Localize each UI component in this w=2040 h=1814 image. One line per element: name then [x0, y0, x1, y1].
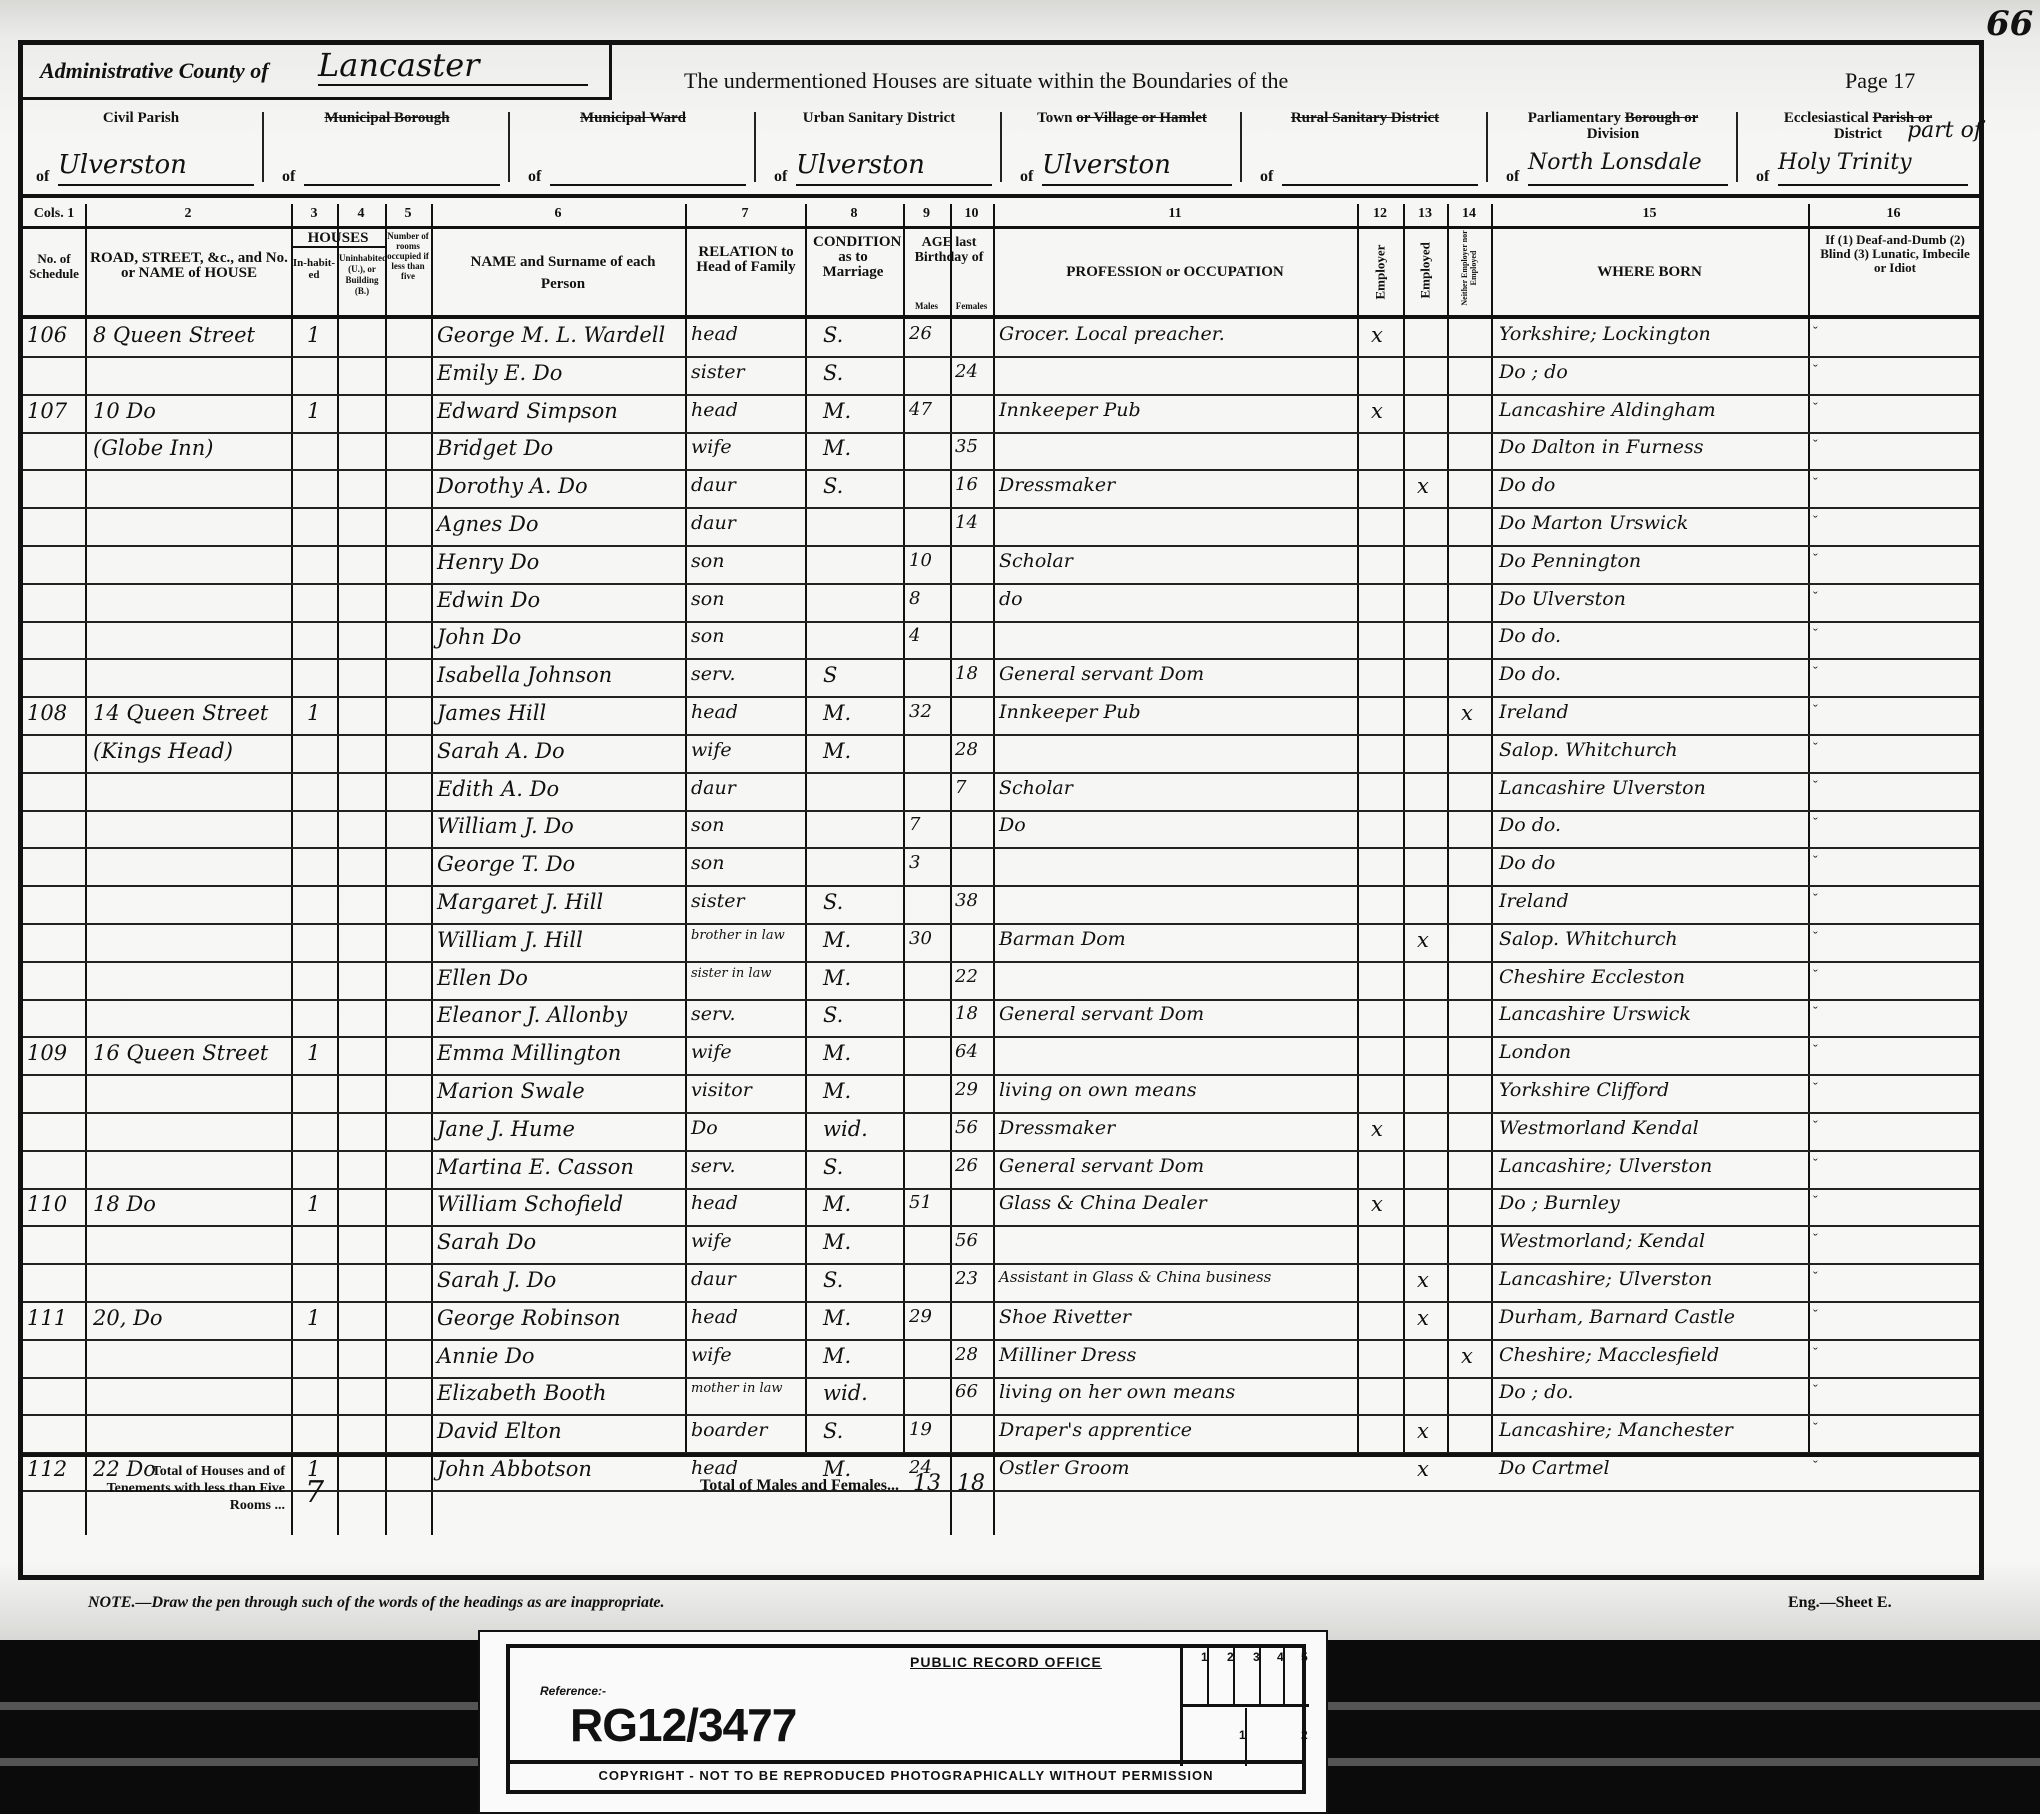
district-label: Parliamentary Borough orDivision: [1488, 110, 1738, 142]
sheet-label: Eng.—Sheet E.: [1788, 1594, 1892, 1612]
relation-cell: sister: [691, 361, 745, 383]
condition-cell: M.: [823, 928, 851, 952]
relation-cell: daur: [691, 474, 736, 496]
check-mark-icon: ˇ: [1813, 1081, 1818, 1097]
name-cell: William J. Hill: [437, 928, 583, 952]
name-cell: Edwin Do: [437, 588, 540, 612]
of-label: of: [1506, 168, 1519, 186]
check-mark-icon: ˇ: [1813, 665, 1818, 681]
name-cell: William Schofield: [437, 1192, 623, 1216]
col-number: 11: [993, 206, 1357, 222]
birthplace-cell: Salop. Whitchurch: [1499, 928, 1678, 950]
occupation-cell: living on her own means: [999, 1381, 1235, 1403]
name-cell: Martina E. Casson: [437, 1155, 634, 1179]
houses-total-label: Total of Houses and of Tenements with le…: [89, 1463, 285, 1514]
district-value: [304, 150, 500, 186]
relation-cell: son: [691, 588, 724, 610]
col-number: 8: [805, 206, 903, 222]
check-mark-icon: ˇ: [1813, 930, 1818, 946]
of-label: of: [36, 168, 49, 186]
occupation-cell: Barman Dom: [999, 928, 1126, 950]
relation-cell: wife: [691, 739, 732, 761]
occupation-cell: General servant Dom: [999, 1155, 1204, 1177]
birthplace-cell: Westmorland Kendal: [1499, 1117, 1699, 1139]
birthplace-cell: Lancashire; Ulverston: [1499, 1268, 1712, 1290]
col-number: 7: [685, 206, 805, 222]
occupation-cell: do: [999, 588, 1023, 610]
condition-cell: S.: [823, 361, 843, 385]
check-mark-icon: ˇ: [1813, 1157, 1818, 1173]
table-row: Edwin Doson8doDo Ulverstonˇ: [23, 584, 1979, 623]
check-mark-icon: ˇ: [1813, 1421, 1818, 1437]
district-value: [1282, 150, 1478, 186]
inhabited-cell: 1: [307, 1306, 320, 1330]
condition-cell: S.: [823, 1155, 843, 1179]
table-row: Martina E. Cassonserv.S.26General servan…: [23, 1151, 1979, 1190]
occupation-cell: Innkeeper Pub: [999, 399, 1141, 421]
table-row: Isabella Johnsonserv.S18General servant …: [23, 659, 1979, 698]
header-employed: Employed: [1418, 255, 1433, 299]
table-row: Ellen Dosister in lawM.22Cheshire Eccles…: [23, 962, 1979, 1001]
occupation-cell: living on own means: [999, 1079, 1197, 1101]
ruler-number: 2: [1301, 1728, 1308, 1742]
district-rural-sanitary: Rural Sanitary District of: [1242, 98, 1488, 194]
road-cell: (Globe Inn): [93, 436, 213, 460]
of-label: of: [1756, 168, 1769, 186]
name-cell: Sarah J. Do: [437, 1268, 556, 1292]
schedule-cell: 111: [27, 1306, 67, 1330]
header-rooms: Number of rooms occupied if less than fi…: [385, 231, 431, 281]
birthplace-cell: Do ; do.: [1499, 1381, 1573, 1403]
occupation-cell: Milliner Dress: [999, 1344, 1136, 1366]
relation-cell: serv.: [691, 663, 736, 685]
check-mark-icon: ˇ: [1813, 325, 1818, 341]
table-row: 10710 Do1Edward SimpsonheadM.47Innkeeper…: [23, 395, 1979, 434]
schedule-cell: 106: [27, 323, 67, 347]
header-age: AGE last Birthday of: [907, 235, 991, 265]
of-label: of: [1260, 168, 1273, 186]
birthplace-cell: Lancashire Aldingham: [1499, 399, 1716, 421]
table-row: William J. Hillbrother in lawM.30Barman …: [23, 924, 1979, 963]
relation-cell: daur: [691, 512, 736, 534]
male-age-cell: 30: [909, 928, 932, 949]
employer-cell: x: [1371, 323, 1383, 347]
employed-cell: x: [1417, 928, 1429, 952]
relation-cell: head: [691, 323, 738, 345]
male-age-cell: 26: [909, 323, 932, 344]
relation-cell: head: [691, 1192, 738, 1214]
condition-cell: S.: [823, 890, 843, 914]
district-municipal-borough: Municipal Borough of: [264, 98, 510, 194]
relation-cell: wife: [691, 1041, 732, 1063]
district-municipal-ward: Municipal Ward of: [510, 98, 756, 194]
col-number: 10: [950, 206, 993, 222]
birthplace-cell: Do Marton Urswick: [1499, 512, 1688, 534]
name-cell: Emma Millington: [437, 1041, 621, 1065]
occupation-cell: General servant Dom: [999, 1003, 1204, 1025]
female-age-cell: 24: [955, 361, 978, 382]
district-label: Municipal Ward: [510, 110, 756, 126]
name-cell: Isabella Johnson: [437, 663, 612, 687]
district-town: Town or Village or Hamlet of Ulverston: [1002, 98, 1242, 194]
district-label: Town or Village or Hamlet: [1002, 110, 1242, 126]
inhabited-cell: 1: [307, 701, 320, 725]
male-age-cell: 29: [909, 1306, 932, 1327]
birthplace-cell: Lancashire; Manchester: [1499, 1419, 1733, 1441]
of-label: of: [774, 168, 787, 186]
name-cell: George T. Do: [437, 852, 575, 876]
district-parliamentary: Parliamentary Borough orDivision of Nort…: [1488, 98, 1738, 194]
col-number: Cols. 1: [23, 206, 85, 222]
female-age-cell: 66: [955, 1381, 978, 1402]
condition-cell: M.: [823, 1192, 851, 1216]
header-condition: CONDITION as to Marriage: [813, 235, 893, 280]
birthplace-cell: Do do.: [1499, 625, 1561, 647]
condition-cell: S.: [823, 1419, 843, 1443]
condition-cell: M.: [823, 399, 851, 423]
header-neither: Neither Employer nor Employed: [1460, 230, 1478, 306]
name-cell: Bridget Do: [437, 436, 553, 460]
col-number: 2: [85, 206, 291, 222]
relation-cell: son: [691, 852, 724, 874]
ruler-number: 5: [1301, 1650, 1308, 1664]
table-row: John Doson4Do do.ˇ: [23, 621, 1979, 660]
col-number: 9: [903, 206, 950, 222]
check-mark-icon: ˇ: [1813, 1005, 1818, 1021]
condition-cell: M.: [823, 966, 851, 990]
name-cell: Henry Do: [437, 550, 539, 574]
birthplace-cell: Ireland: [1499, 890, 1569, 912]
birthplace-cell: Do ; Burnley: [1499, 1192, 1620, 1214]
female-age-cell: 64: [955, 1041, 978, 1062]
female-age-cell: 18: [955, 663, 978, 684]
check-mark-icon: ˇ: [1813, 968, 1818, 984]
birthplace-cell: Lancashire Urswick: [1499, 1003, 1691, 1025]
relation-cell: sister in law: [691, 966, 771, 981]
district-value: North Lonsdale: [1528, 150, 1728, 186]
header-uninhabited: Uninhabited (U.), or Building (B.): [339, 253, 385, 297]
condition-cell: M.: [823, 1230, 851, 1254]
check-mark-icon: ˇ: [1813, 363, 1818, 379]
table-row: Edith A. Dodaur7ScholarLancashire Ulvers…: [23, 773, 1979, 812]
birthplace-cell: Do do: [1499, 474, 1555, 496]
schedule-cell: 108: [27, 701, 67, 725]
female-age-cell: 28: [955, 739, 978, 760]
table-row: 11120, Do1George RobinsonheadM.29Shoe Ri…: [23, 1302, 1979, 1341]
check-mark-icon: ˇ: [1813, 1194, 1818, 1210]
relation-cell: wife: [691, 1230, 732, 1252]
neither-cell: x: [1461, 701, 1473, 725]
inhabited-cell: 1: [307, 399, 320, 423]
header-relation: RELATION to Head of Family: [689, 245, 803, 275]
condition-cell: S.: [823, 1003, 843, 1027]
birthplace-cell: Do do.: [1499, 663, 1561, 685]
check-mark-icon: ˇ: [1813, 1383, 1818, 1399]
male-age-cell: 10: [909, 550, 932, 571]
birthplace-cell: Westmorland; Kendal: [1499, 1230, 1705, 1252]
relation-cell: son: [691, 625, 724, 647]
copyright-notice: COPYRIGHT - NOT TO BE REPRODUCED PHOTOGR…: [510, 1760, 1302, 1790]
check-mark-icon: ˇ: [1813, 1119, 1818, 1135]
road-cell: 20, Do: [93, 1306, 163, 1330]
occupation-cell: Scholar: [999, 550, 1073, 572]
col-number: 13: [1403, 206, 1447, 222]
birthplace-cell: London: [1499, 1041, 1571, 1063]
name-cell: Margaret J. Hill: [437, 890, 603, 914]
table-row: Sarah J. DodaurS.23Assistant in Glass & …: [23, 1264, 1979, 1303]
road-cell: 14 Queen Street: [93, 701, 268, 725]
road-cell: 16 Queen Street: [93, 1041, 268, 1065]
female-age-cell: 56: [955, 1230, 978, 1251]
table-row: William J. Doson7DoDo do.ˇ: [23, 810, 1979, 849]
condition-cell: S: [823, 663, 837, 687]
female-age-cell: 16: [955, 474, 978, 495]
occupation-cell: Assistant in Glass & China business: [999, 1268, 1271, 1286]
employed-cell: x: [1417, 1419, 1429, 1443]
occupation-cell: Glass & China Dealer: [999, 1192, 1207, 1214]
of-label: of: [528, 168, 541, 186]
public-record-office-label: PUBLIC RECORD OFFICE: [910, 1654, 1102, 1670]
check-mark-icon: ˇ: [1813, 816, 1818, 832]
header-houses: HOUSES: [291, 231, 385, 248]
district-civil-parish: Civil Parish of Ulverston: [18, 98, 264, 194]
name-cell: George Robinson: [437, 1306, 621, 1330]
check-mark-icon: ˇ: [1813, 854, 1818, 870]
name-cell: Marion Swale: [437, 1079, 585, 1103]
relation-cell: serv.: [691, 1003, 736, 1025]
birthplace-cell: Do Pennington: [1499, 550, 1641, 572]
name-cell: Annie Do: [437, 1344, 535, 1368]
condition-cell: M.: [823, 436, 851, 460]
relation-cell: head: [691, 1306, 738, 1328]
birthplace-cell: Durham, Barnard Castle: [1499, 1306, 1735, 1328]
female-age-cell: 14: [955, 512, 978, 533]
employer-cell: x: [1371, 1192, 1383, 1216]
name-cell: William J. Do: [437, 814, 574, 838]
male-age-cell: 3: [909, 852, 920, 873]
birthplace-cell: Cheshire; Macclesfield: [1499, 1344, 1719, 1366]
birthplace-cell: Do do: [1499, 852, 1555, 874]
road-cell: 18 Do: [93, 1192, 156, 1216]
check-mark-icon: ˇ: [1813, 552, 1818, 568]
col-number: 5: [385, 206, 431, 222]
male-age-cell: 4: [909, 625, 920, 646]
occupation-cell: Dressmaker: [999, 1117, 1115, 1139]
table-row: Emily E. DosisterS.24Do ; doˇ: [23, 357, 1979, 396]
female-age-cell: 22: [955, 966, 978, 987]
col-number: 12: [1357, 206, 1403, 222]
table-row: 1068 Queen Street1George M. L. Wardellhe…: [23, 319, 1979, 358]
relation-cell: daur: [691, 1268, 736, 1290]
relation-cell: serv.: [691, 1155, 736, 1177]
schedule-cell: 107: [27, 399, 67, 423]
male-age-cell: 8: [909, 588, 920, 609]
schedule-cell: 109: [27, 1041, 67, 1065]
road-cell: 10 Do: [93, 399, 156, 423]
relation-cell: son: [691, 814, 724, 836]
folio-number: 66: [1986, 4, 2033, 44]
birthplace-cell: Yorkshire Clifford: [1499, 1079, 1669, 1101]
name-cell: John Do: [437, 625, 521, 649]
column-headers: No. of Schedule ROAD, STREET, &c., and N…: [23, 229, 1979, 319]
check-mark-icon: ˇ: [1813, 703, 1818, 719]
condition-cell: M.: [823, 1306, 851, 1330]
male-age-cell: 19: [909, 1419, 932, 1440]
females-total: 18: [957, 1471, 985, 1496]
col-number: 16: [1808, 206, 1979, 222]
female-age-cell: 56: [955, 1117, 978, 1138]
name-cell: Elizabeth Booth: [437, 1381, 607, 1405]
birthplace-cell: Lancashire Ulverston: [1499, 777, 1706, 799]
check-mark-icon: ˇ: [1813, 1270, 1818, 1286]
reference-code: RG12/3477: [570, 1698, 796, 1752]
col-number: 4: [337, 206, 385, 222]
employer-cell: x: [1371, 1117, 1383, 1141]
employed-cell: x: [1417, 1306, 1429, 1330]
occupation-cell: Draper's apprentice: [999, 1419, 1192, 1441]
district-urban-sanitary: Urban Sanitary District of Ulverston: [756, 98, 1002, 194]
occupation-cell: Scholar: [999, 777, 1073, 799]
condition-cell: M.: [823, 1079, 851, 1103]
table-row: 10814 Queen Street1James HillheadM.32Inn…: [23, 697, 1979, 736]
table-row: David EltonboarderS.19Draper's apprentic…: [23, 1415, 1979, 1454]
col-number: 3: [291, 206, 337, 222]
male-age-cell: 7: [909, 814, 920, 835]
people-total-label: Total of Males and Females...: [583, 1477, 899, 1494]
female-age-cell: 29: [955, 1079, 978, 1100]
header-females: Females: [950, 299, 993, 314]
birthplace-cell: Do Dalton in Furness: [1499, 436, 1704, 458]
name-cell: James Hill: [437, 701, 546, 725]
check-mark-icon: ˇ: [1813, 1308, 1818, 1324]
name-cell: Ellen Do: [437, 966, 528, 990]
condition-cell: S.: [823, 1268, 843, 1292]
inhabited-cell: 1: [307, 323, 320, 347]
col-number: 14: [1447, 206, 1491, 222]
female-age-cell: 23: [955, 1268, 978, 1289]
check-mark-icon: ˇ: [1813, 779, 1818, 795]
schedule-cell: 110: [27, 1192, 67, 1216]
relation-cell: visitor: [691, 1079, 752, 1101]
males-total: 13: [913, 1471, 941, 1496]
houses-total-value: 7: [305, 1475, 324, 1510]
relation-cell: brother in law: [691, 928, 785, 943]
header-employer: Employer: [1373, 254, 1388, 300]
table-row: Agnes Dodaur14Do Marton Urswickˇ: [23, 508, 1979, 547]
name-cell: Dorothy A. Do: [437, 474, 588, 498]
male-age-cell: 47: [909, 399, 932, 420]
occupation-cell: General servant Dom: [999, 663, 1204, 685]
road-cell: (Kings Head): [93, 739, 233, 763]
totals-row: Total of Houses and of Tenements with le…: [23, 1453, 1979, 1539]
header-born: WHERE BORN: [1491, 265, 1808, 280]
female-age-cell: 28: [955, 1344, 978, 1365]
district-row: Civil Parish of Ulverston Municipal Boro…: [18, 98, 1984, 198]
relation-cell: boarder: [691, 1419, 768, 1441]
employed-cell: x: [1417, 474, 1429, 498]
relation-cell: head: [691, 701, 738, 723]
of-label: of: [1020, 168, 1033, 186]
table-row: Marion SwalevisitorM.29living on own mea…: [23, 1075, 1979, 1114]
district-label: Rural Sanitary District: [1242, 110, 1488, 126]
table-row: (Kings Head)Sarah A. DowifeM.28Salop. Wh…: [23, 735, 1979, 774]
employer-cell: x: [1371, 399, 1383, 423]
district-label: Civil Parish: [18, 110, 264, 126]
header-road: ROAD, STREET, &c., and No. or NAME of HO…: [89, 251, 289, 281]
header-name: NAME and Surname of each Person: [463, 251, 663, 295]
table-row: Eleanor J. Allonbyserv.S.18General serva…: [23, 999, 1979, 1038]
relation-cell: son: [691, 550, 724, 572]
name-cell: Agnes Do: [437, 512, 539, 536]
female-age-cell: 7: [955, 777, 966, 798]
name-cell: Edith A. Do: [437, 777, 559, 801]
condition-cell: S.: [823, 474, 843, 498]
table-row: George T. Doson3Do doˇ: [23, 848, 1979, 887]
female-age-cell: 38: [955, 890, 978, 911]
occupation-cell: Dressmaker: [999, 474, 1115, 496]
district-ecclesiastical: Ecclesiastical Parish orDistrict of Holy…: [1738, 98, 1978, 194]
name-cell: Emily E. Do: [437, 361, 562, 385]
name-cell: Edward Simpson: [437, 399, 618, 423]
reference-label: Reference:-: [540, 1684, 606, 1698]
district-annotation: part of: [1907, 118, 1982, 143]
boundaries-text: The undermentioned Houses are situate wi…: [684, 68, 1288, 94]
check-mark-icon: ˇ: [1813, 1043, 1818, 1059]
footer-note: NOTE.—Draw the pen through such of the w…: [88, 1594, 665, 1612]
condition-cell: M.: [823, 1041, 851, 1065]
district-label: Urban Sanitary District: [756, 110, 1002, 126]
birthplace-cell: Yorkshire; Lockington: [1499, 323, 1711, 345]
check-mark-icon: ˇ: [1813, 892, 1818, 908]
district-label: Municipal Borough: [264, 110, 510, 126]
page-number: Page 17: [1845, 68, 1915, 94]
male-age-cell: 32: [909, 701, 932, 722]
occupation-cell: Do: [999, 814, 1026, 836]
male-age-cell: 51: [909, 1192, 932, 1213]
check-mark-icon: ˇ: [1813, 514, 1818, 530]
inhabited-cell: 1: [307, 1192, 320, 1216]
birthplace-cell: Cheshire Eccleston: [1499, 966, 1685, 988]
name-cell: Eleanor J. Allonby: [437, 1003, 627, 1027]
condition-cell: wid.: [823, 1117, 868, 1141]
inhabited-cell: 1: [307, 1041, 320, 1065]
relation-cell: wife: [691, 1344, 732, 1366]
of-label: of: [282, 168, 295, 186]
road-cell: 8 Queen Street: [93, 323, 255, 347]
col-number: 15: [1491, 206, 1808, 222]
check-mark-icon: ˇ: [1813, 627, 1818, 643]
header-inhabited: In-habit-ed: [291, 257, 337, 281]
district-value: Ulverston: [58, 150, 254, 186]
check-mark-icon: ˇ: [1813, 741, 1818, 757]
occupation-cell: Shoe Rivetter: [999, 1306, 1131, 1328]
relation-cell: mother in law: [691, 1381, 783, 1396]
occupation-cell: Grocer. Local preacher.: [999, 323, 1225, 345]
scale-ruler: 1 2 3 4 5 1 2: [1180, 1648, 1309, 1766]
check-mark-icon: ˇ: [1813, 590, 1818, 606]
relation-cell: sister: [691, 890, 745, 912]
table-row: Margaret J. HillsisterS.38Irelandˇ: [23, 886, 1979, 925]
condition-cell: M.: [823, 1344, 851, 1368]
table-row: Annie DowifeM.28Milliner DressxCheshire;…: [23, 1340, 1979, 1379]
district-value: Ulverston: [1042, 150, 1232, 186]
district-value: [550, 150, 746, 186]
female-age-cell: 18: [955, 1003, 978, 1024]
district-value: Ulverston: [796, 150, 992, 186]
condition-cell: M.: [823, 701, 851, 725]
check-mark-icon: ˇ: [1813, 438, 1818, 454]
name-cell: Sarah Do: [437, 1230, 536, 1254]
